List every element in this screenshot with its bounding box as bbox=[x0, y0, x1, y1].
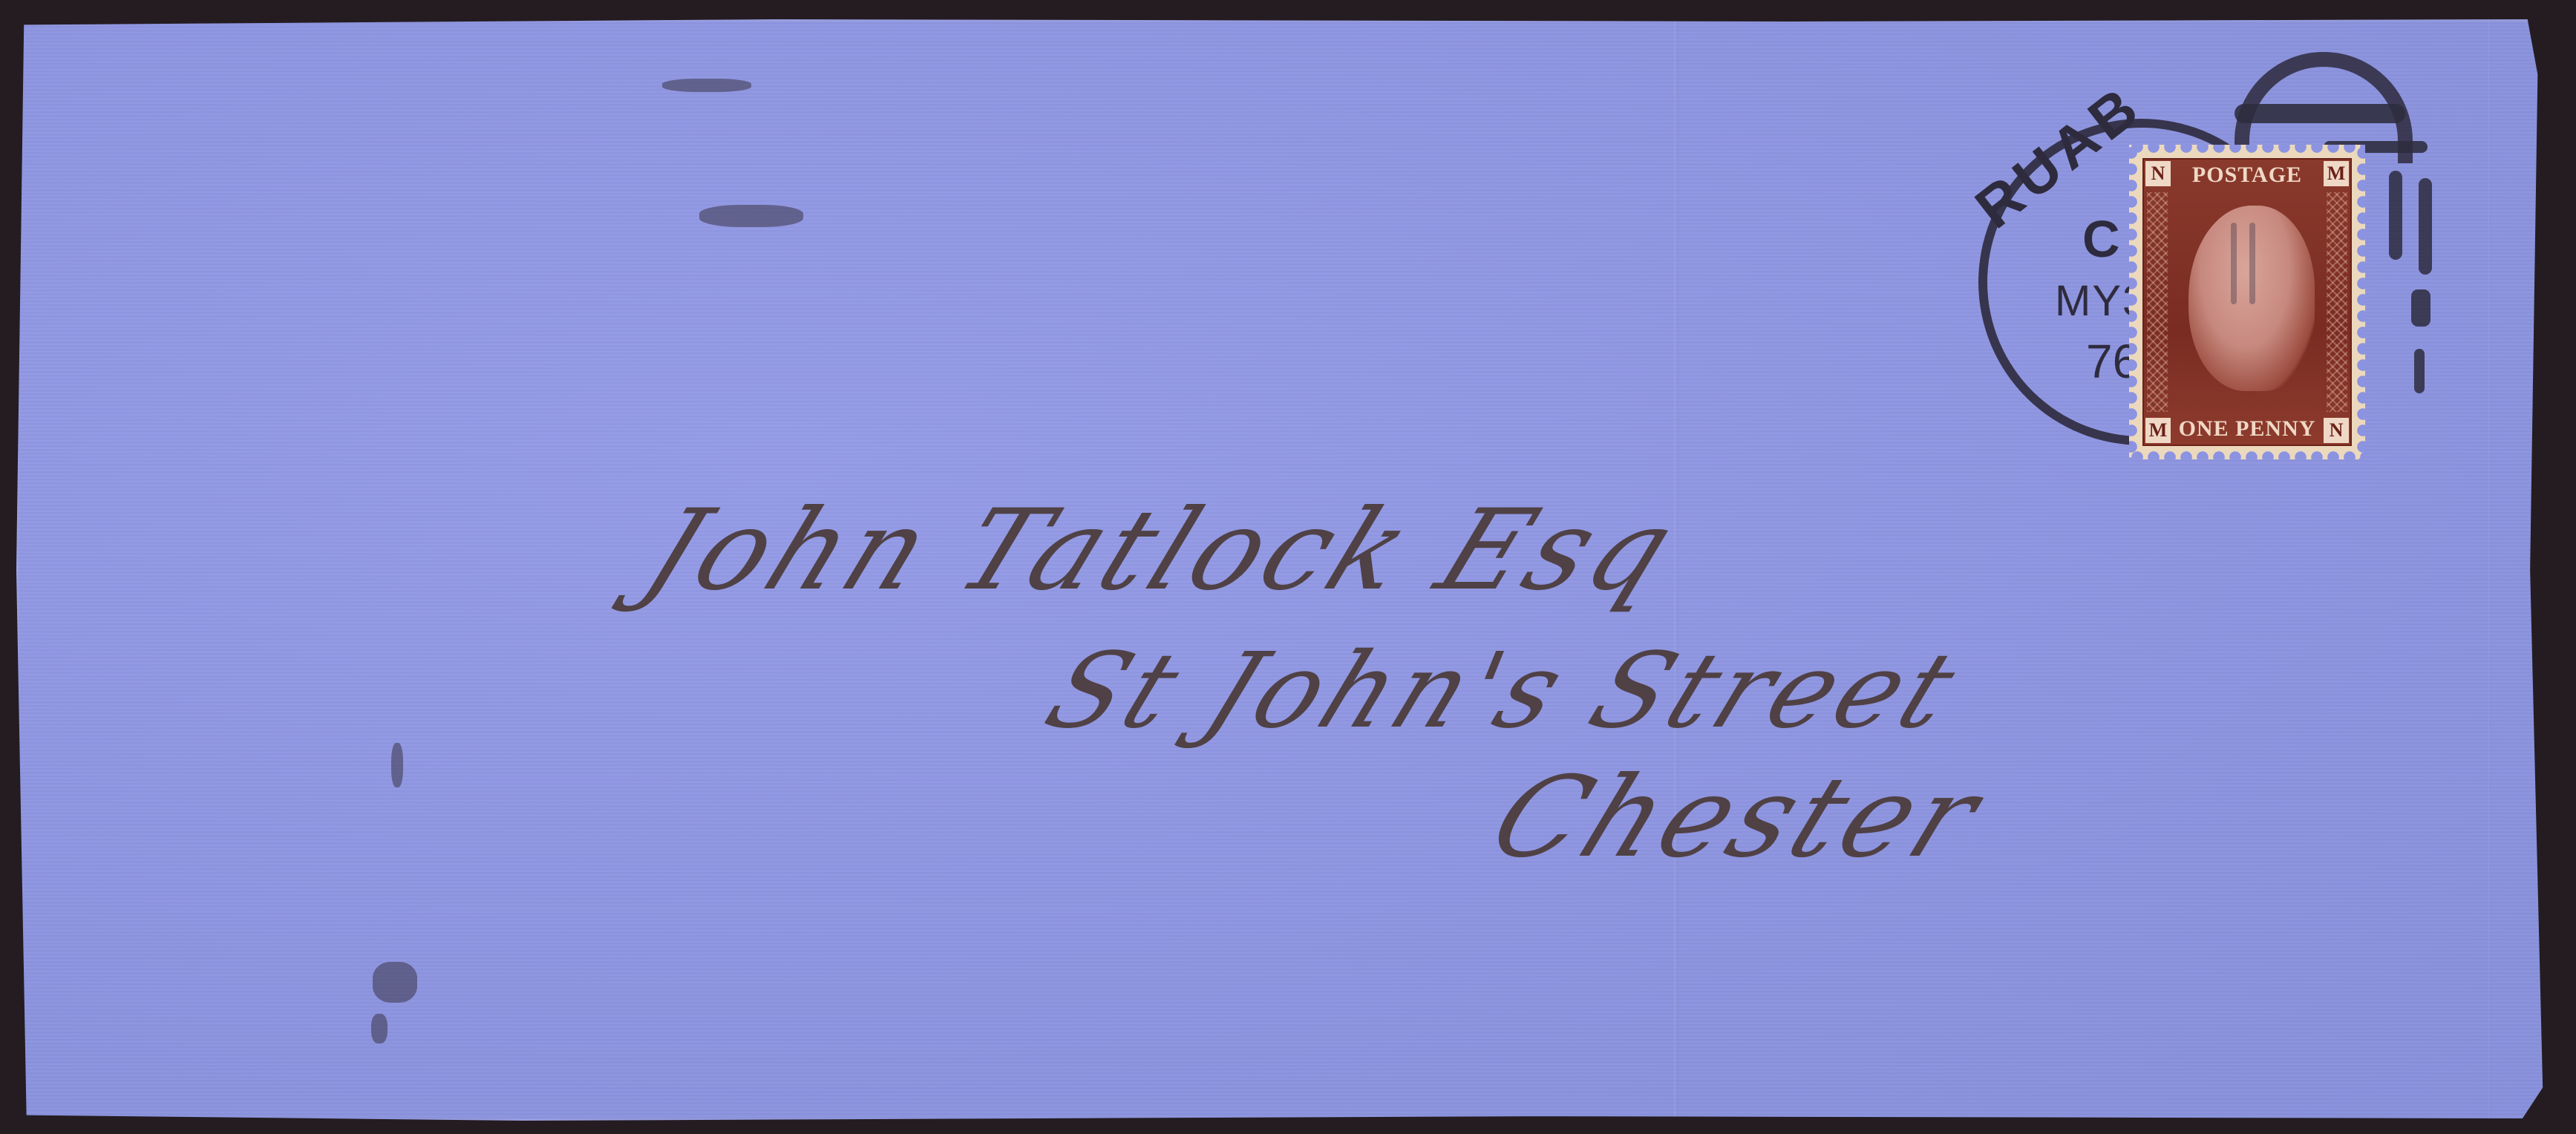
stamp-corner-letter: N bbox=[2145, 161, 2171, 186]
address-line-city: Chester bbox=[1474, 753, 2001, 882]
stamp-corner-letter: M bbox=[2145, 418, 2171, 443]
duplex-cancel-bar bbox=[2419, 178, 2432, 275]
stamp-side-ornament bbox=[2327, 192, 2347, 412]
duplex-cancel-bar bbox=[2235, 104, 2405, 123]
duplex-cancel-bar bbox=[2231, 223, 2237, 304]
ink-smudge bbox=[699, 205, 803, 227]
postage-stamp: POSTAGE ONE PENNY N M M N bbox=[2129, 145, 2365, 459]
stamp-top-label: POSTAGE bbox=[2144, 163, 2350, 188]
stamp-value-label: ONE PENNY bbox=[2144, 416, 2350, 442]
duplex-cancel-bar bbox=[2411, 289, 2430, 327]
duplex-cancel-bar bbox=[2249, 223, 2255, 304]
stamp-design: POSTAGE ONE PENNY N M M N bbox=[2142, 158, 2352, 446]
stamp-side-ornament bbox=[2147, 192, 2168, 412]
postmark-code: C bbox=[2082, 209, 2120, 269]
ink-smudge bbox=[391, 743, 403, 787]
duplex-cancel-bar bbox=[2414, 349, 2425, 393]
stamp-corner-letter: M bbox=[2324, 161, 2349, 186]
ink-smudge bbox=[371, 1014, 388, 1043]
stamp-corner-letter: N bbox=[2324, 418, 2349, 443]
fold-crease bbox=[1674, 19, 1678, 1121]
ink-smudge bbox=[373, 962, 417, 1003]
address-line-name: John Tatlock Esq bbox=[627, 486, 1696, 615]
address-line-street: St John's Street bbox=[1030, 631, 1976, 752]
ink-smudge bbox=[662, 79, 751, 92]
fold-crease bbox=[2488, 19, 2491, 1121]
duplex-cancel-bar bbox=[2389, 171, 2402, 260]
